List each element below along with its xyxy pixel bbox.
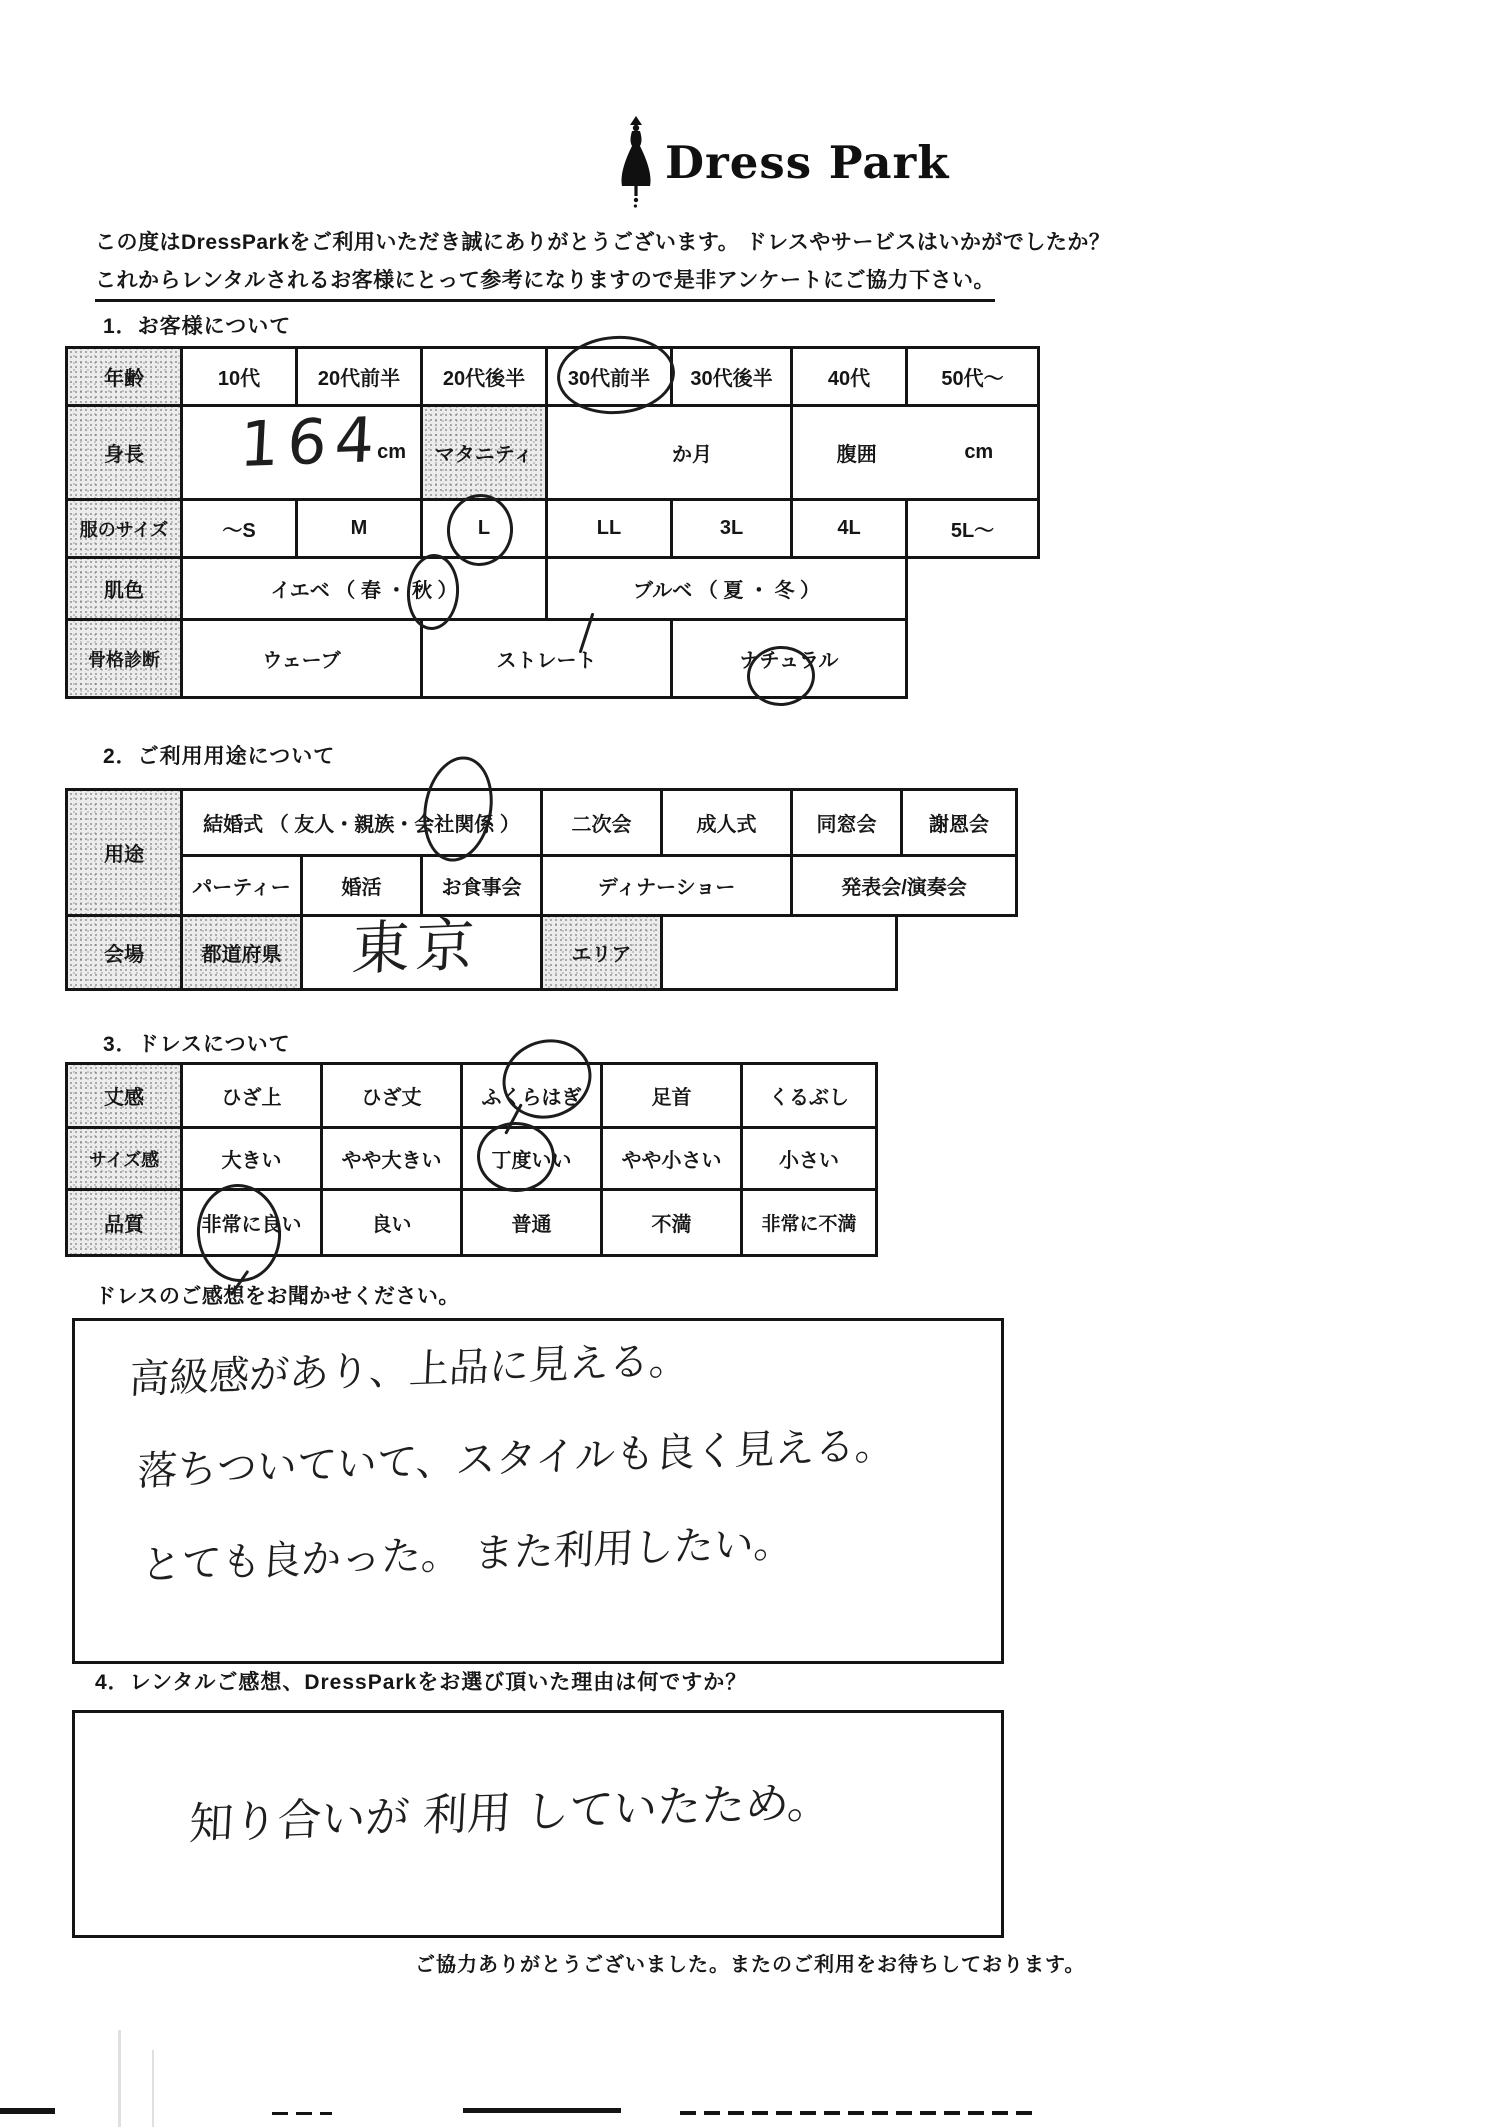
skin-option-blue-base: ブルベ （ 夏 ・ 冬 ） [547, 558, 907, 620]
quality-option-unsatisfied: 不満 [602, 1190, 742, 1256]
footer-closing-text: ご協力ありがとうございました。またのご利用をお待ちしております。 [415, 1948, 1085, 1977]
age-option-late20s: 20代後半 [422, 348, 547, 406]
brand-logo-text: Dress Park [665, 136, 949, 189]
area-value-cell [662, 916, 897, 990]
handwritten-height-value: 164 [238, 403, 384, 481]
skin-row-label: 肌色 [67, 558, 182, 620]
age-option-50s: 50代～ [907, 348, 1039, 406]
intro-request-text: これからレンタルされるお客様にとって参考になりますので是非アンケートにご協力下さ… [95, 264, 995, 302]
quality-option-good: 良い [322, 1190, 462, 1256]
purpose-option-coming-of-age: 成人式 [662, 790, 792, 856]
section3-title: 3．ドレスについて [103, 1028, 291, 1058]
waist-cell: 腹囲 cm [792, 406, 1039, 500]
purpose-row-label: 用途 [67, 790, 182, 916]
frame-option-wave: ウェーブ [182, 620, 422, 698]
purpose-option-dinner-show: ディナーショー [542, 856, 792, 916]
quality-row-label: 品質 [67, 1190, 182, 1256]
waist-label: 腹囲 [837, 438, 877, 467]
section2-title: 2．ご利用用途について [103, 740, 335, 770]
age-option-late30s: 30代後半 [672, 348, 792, 406]
purpose-table: 用途 結婚式 （ 友人・親族・会社関係 ） 二次会 成人式 同窓会 謝恩会 パー… [65, 788, 1018, 917]
skin-option-yellow-base: イエベ （ 春 ・ 秋 ） [182, 558, 547, 620]
size-option-m: M [297, 500, 422, 558]
scan-artifact-segment [0, 2108, 55, 2114]
dress-table: 丈感 ひざ上 ひざ丈 ふくらはぎ 足首 くるぶし サイズ感 大きい やや大きい … [65, 1062, 878, 1257]
scan-artifact-streak [152, 2050, 154, 2127]
size-option-s: ～S [182, 500, 297, 558]
purpose-option-party: パーティー [182, 856, 302, 916]
size-option-ll: LL [547, 500, 672, 558]
intro-thanks-text: この度はDressParkをご利用いただき誠にありがとうございます。 ドレスやサ… [95, 226, 1110, 256]
purpose-option-recital: 発表会/演奏会 [792, 856, 1017, 916]
scan-artifact-segment [272, 2112, 332, 2115]
customer-table-top: 年齢 10代 20代前半 20代後半 30代前半 30代後半 40代 50代～ … [65, 346, 1040, 559]
scan-artifact-segment [680, 2111, 1040, 2115]
frame-row-label: 骨格診断 [67, 620, 182, 698]
height-row-label: 身長 [67, 406, 182, 500]
purpose-option-thanks-party: 謝恩会 [902, 790, 1017, 856]
area-label: エリア [542, 916, 662, 990]
purpose-option-afterparty: 二次会 [542, 790, 662, 856]
size-row-label: 服のサイズ [67, 500, 182, 558]
length-row-label: 丈感 [67, 1064, 182, 1128]
age-row-label: 年齢 [67, 348, 182, 406]
handwritten-prefecture-value: 東京 [350, 897, 482, 986]
waist-unit-label: cm [964, 441, 993, 464]
age-option-early20s: 20代前半 [297, 348, 422, 406]
purpose-option-reunion: 同窓会 [792, 790, 902, 856]
feedback-prompt: ドレスのご感想をお聞かせください。 [95, 1280, 460, 1310]
dress-mannequin-icon [612, 116, 660, 210]
age-option-10s: 10代 [182, 348, 297, 406]
prefecture-label: 都道府県 [182, 916, 302, 990]
scan-artifact-streak [118, 2030, 121, 2127]
venue-row-label: 会場 [67, 916, 182, 990]
venue-table: 会場 都道府県 エリア [65, 914, 898, 991]
quality-option-very-unsatisfied: 非常に不満 [742, 1190, 877, 1256]
size-option-3l: 3L [672, 500, 792, 558]
quality-option-normal: 普通 [462, 1190, 602, 1256]
size-option-5l: 5L～ [907, 500, 1039, 558]
scan-artifact-segment [463, 2108, 621, 2113]
length-option-ankle: 足首 [602, 1064, 742, 1128]
frame-option-straight: ストレート [422, 620, 672, 698]
section1-title: 1．お客様について [103, 310, 291, 340]
maternity-label: マタニティ [422, 406, 547, 500]
section4-title: 4．レンタルご感想、DressParkをお選び頂いた理由は何ですか？ [95, 1666, 747, 1696]
maternity-months-label: か月 [547, 406, 792, 500]
length-option-above-knee: ひざ上 [182, 1064, 322, 1128]
fit-option-slightly-small: やや小さい [602, 1128, 742, 1190]
fit-option-small: 小さい [742, 1128, 877, 1190]
length-option-anklebone: くるぶし [742, 1064, 877, 1128]
scanned-questionnaire-page: Dress Park この度はDressParkをご利用いただき誠にありがとうご… [0, 0, 1500, 2127]
size-option-4l: 4L [792, 500, 907, 558]
fit-option-large: 大きい [182, 1128, 322, 1190]
age-option-40s: 40代 [792, 348, 907, 406]
fit-option-slightly-large: やや大きい [322, 1128, 462, 1190]
length-option-knee: ひざ丈 [322, 1064, 462, 1128]
fit-row-label: サイズ感 [67, 1128, 182, 1190]
